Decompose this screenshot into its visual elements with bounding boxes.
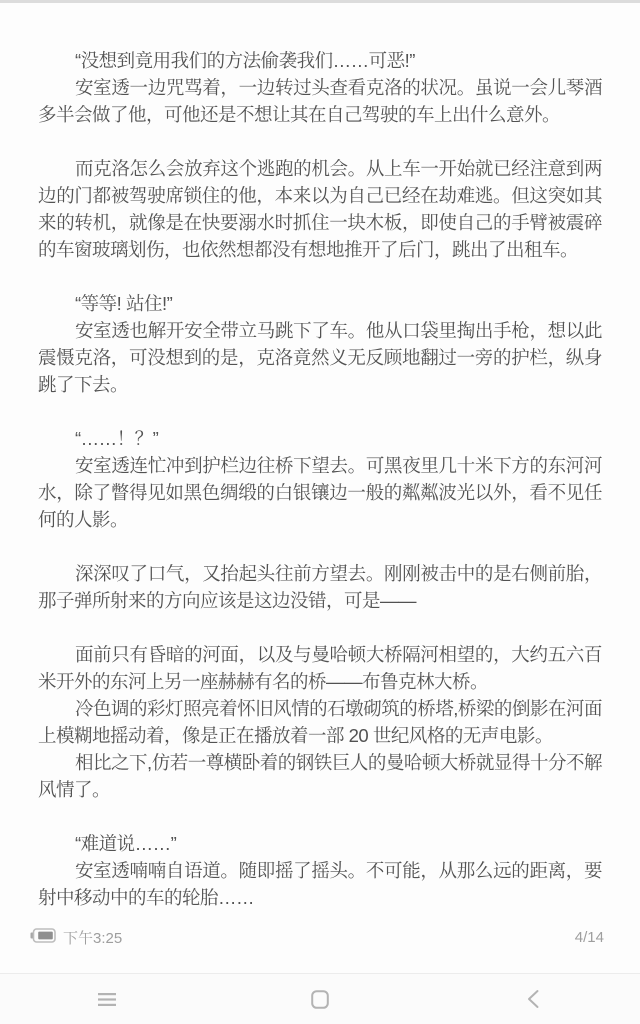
- paragraph: 相比之下,仿若一尊横卧着的钢铁巨人的曼哈顿大桥就显得十分不解风情了。: [38, 749, 602, 803]
- system-nav-bar: [0, 973, 640, 1024]
- paragraph: 而克洛怎么会放弃这个逃跑的机会。从上车一开始就已经注意到两边的门都被驾驶席锁住的…: [38, 155, 602, 263]
- menu-icon: [97, 992, 117, 1007]
- top-edge-strip: [0, 0, 640, 3]
- paragraph: 安室透一边咒骂着，一边转过头查看克洛的状况。虽说一会儿琴酒多半会做了他，可他还是…: [38, 74, 602, 128]
- paragraph: 安室透也解开安全带立马跳下了车。他从口袋里掏出手枪，想以此震慑克洛，可没想到的是…: [38, 317, 602, 398]
- back-icon: [526, 989, 540, 1009]
- paragraph: 冷色调的彩灯照亮着怀旧风情的石墩砌筑的桥塔,桥梁的倒影在河面上模糊地摇动着，像是…: [38, 695, 602, 749]
- clock-time: 下午3:25: [63, 927, 122, 948]
- paragraph: 面前只有昏暗的河面，以及与曼哈顿大桥隔河相望的，大约五六百米开外的东河上另一座赫…: [38, 641, 602, 695]
- home-button[interactable]: [213, 974, 426, 1024]
- menu-button[interactable]: [0, 974, 213, 1024]
- home-icon: [311, 990, 329, 1009]
- reader-status-bar: 下午3:25 4/14: [30, 924, 604, 950]
- paragraph: “等等! 站住!”: [38, 290, 602, 317]
- reader-page-content: “没想到竟用我们的方法偷袭我们……可恶!” 安室透一边咒骂着，一边转过头查看克洛…: [38, 47, 602, 911]
- paragraph: “难道说……”: [38, 830, 602, 857]
- paragraph: “没想到竟用我们的方法偷袭我们……可恶!”: [38, 47, 602, 74]
- paragraph: “……！？”: [38, 425, 602, 452]
- paragraph: 安室透连忙冲到护栏边往桥下望去。可黑夜里几十米下方的东河河水，除了瞥得见如黑色绸…: [38, 452, 602, 533]
- page-indicator: 4/14: [575, 929, 604, 946]
- status-left: 下午3:25: [30, 927, 122, 948]
- battery-icon: [30, 928, 56, 947]
- paragraph: 安室透喃喃自语道。随即摇了摇头。不可能，从那么远的距离，要射中移动中的车的轮胎……: [38, 857, 602, 911]
- paragraph: 深深叹了口气，又抬起头往前方望去。刚刚被击中的是右侧前胎，那子弹所射来的方向应该…: [38, 560, 602, 614]
- back-button[interactable]: [427, 974, 640, 1024]
- reader-screen: “没想到竟用我们的方法偷袭我们……可恶!” 安室透一边咒骂着，一边转过头查看克洛…: [0, 0, 640, 1024]
